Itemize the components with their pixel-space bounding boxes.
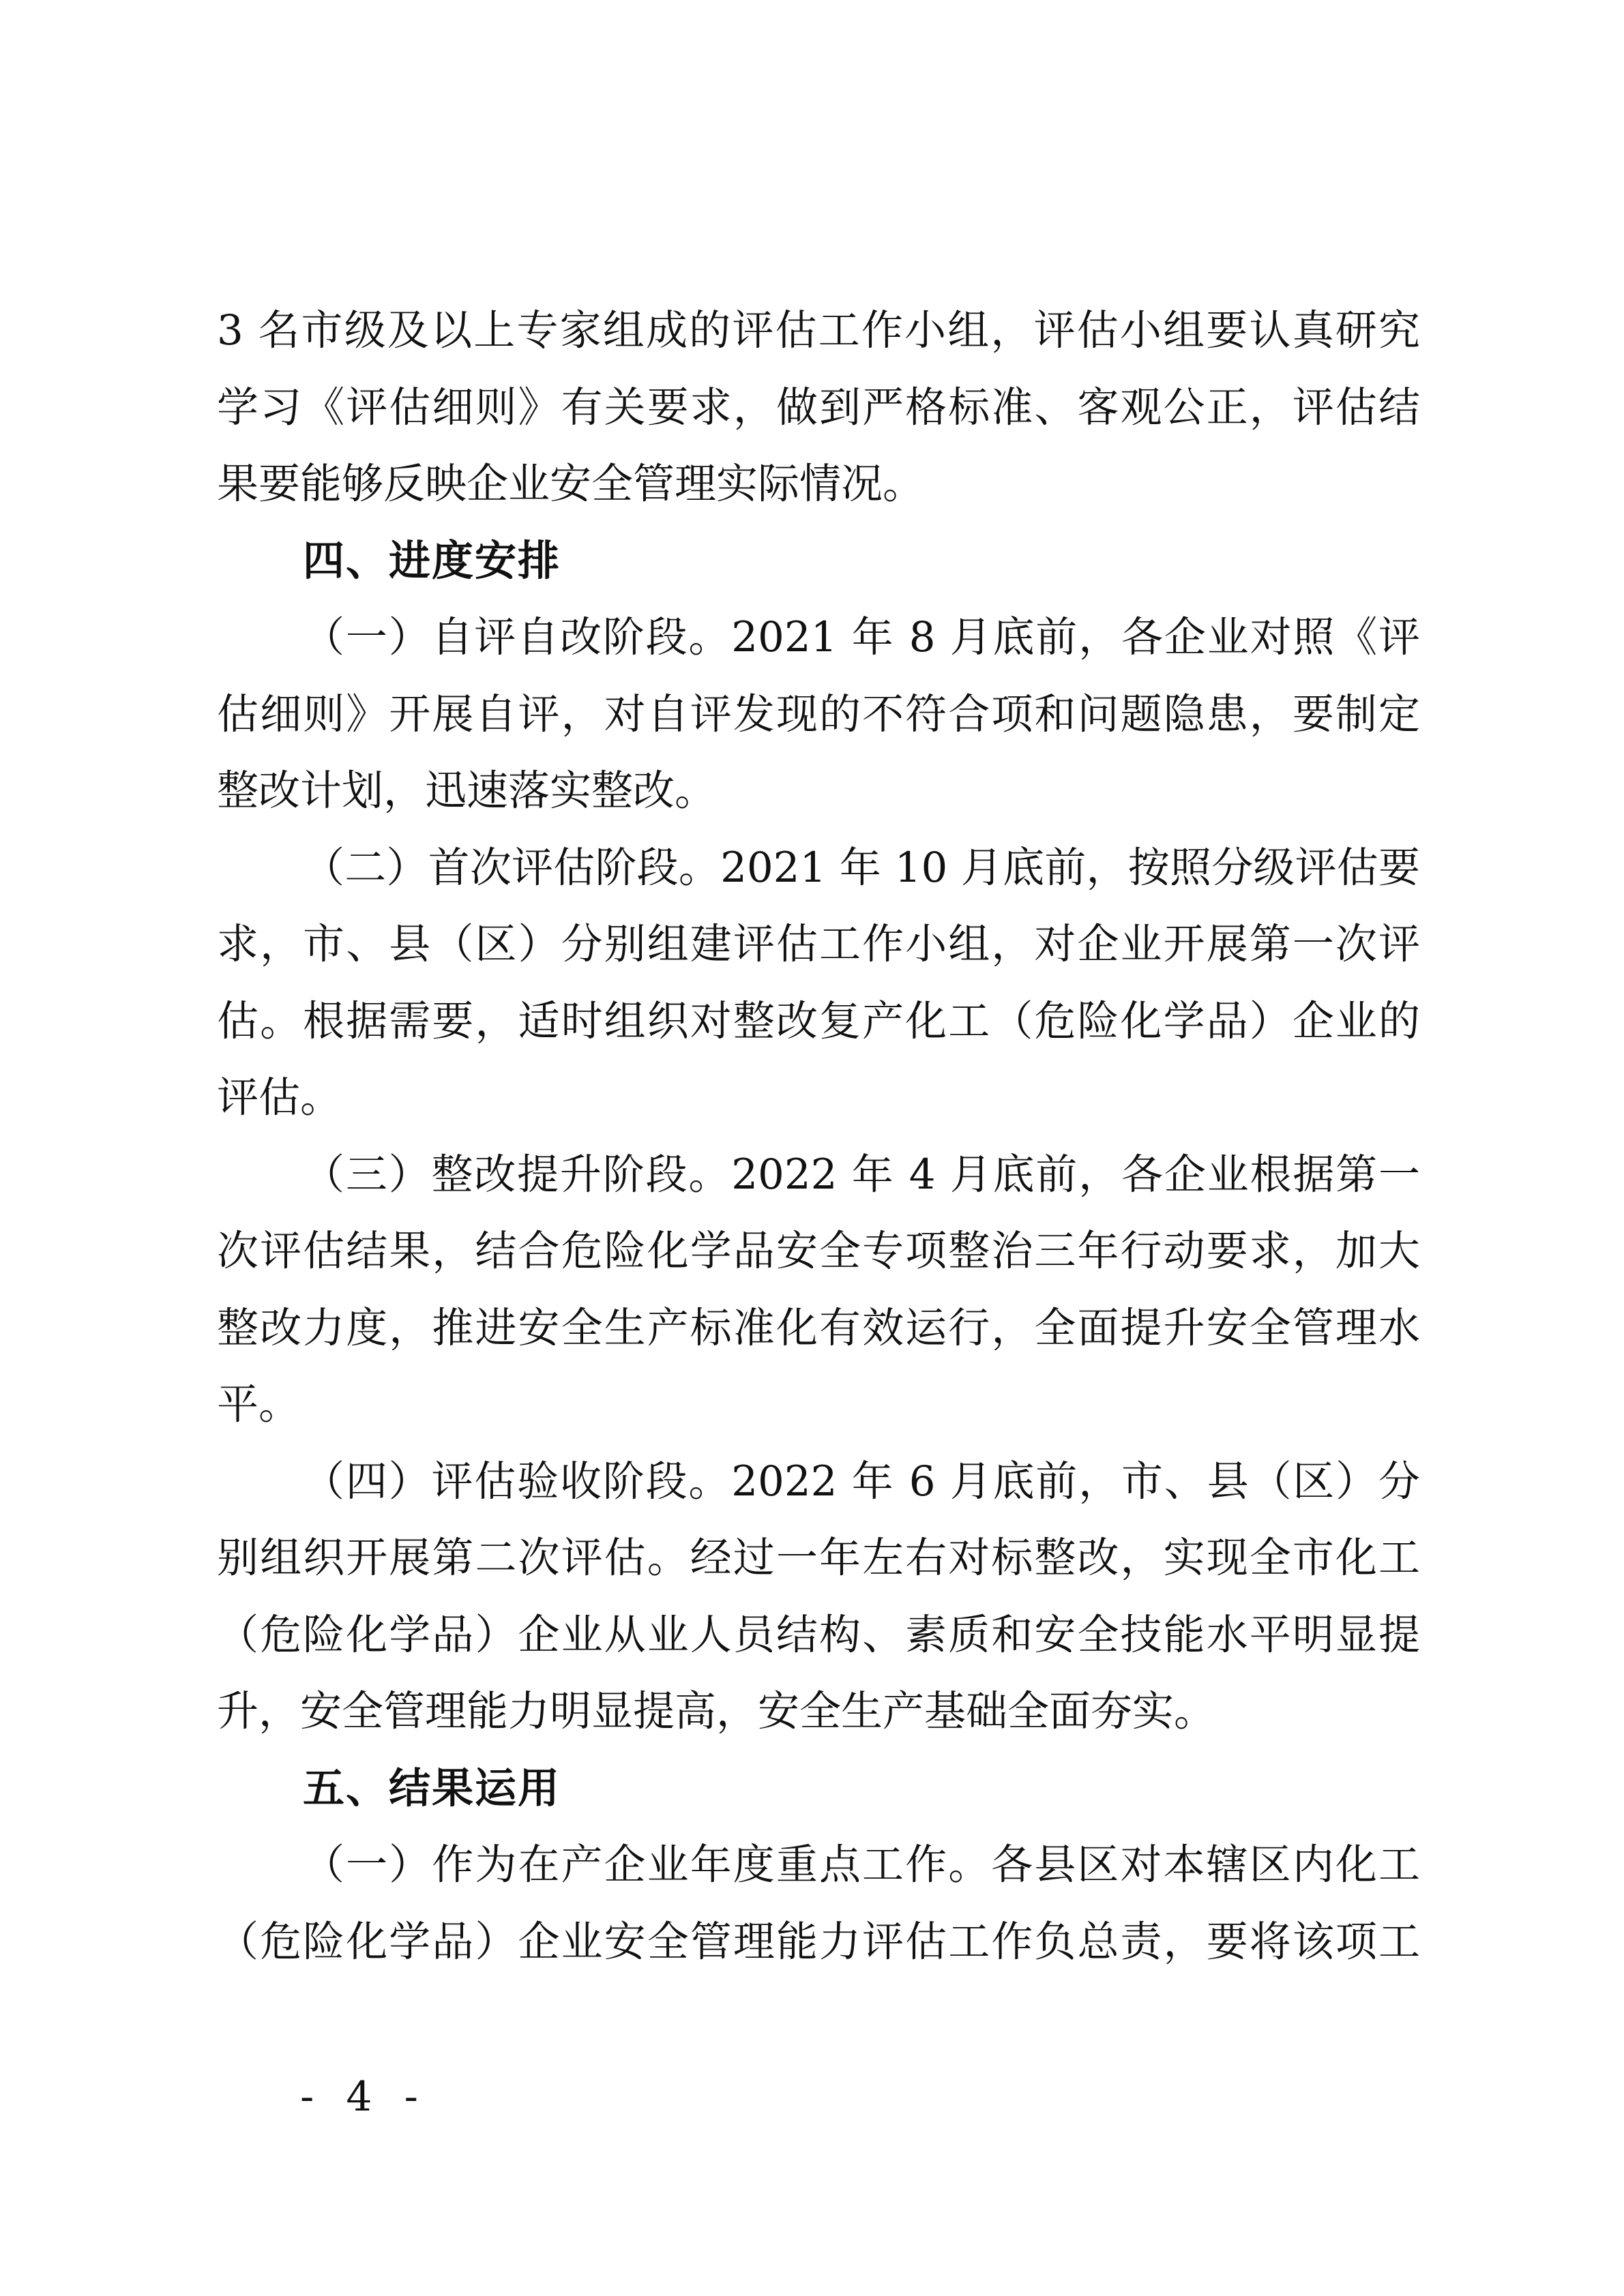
document-body: 3 名市级及以上专家组成的评估工作小组，评估小组要认真研究 学习《评估细则》有关…: [217, 293, 1420, 1980]
body-line: 估。根据需要，适时组织对整改复产化工（危险化学品）企业的: [217, 983, 1420, 1060]
paragraph-first-line: （一）作为在产企业年度重点工作。各县区对本辖区内化工: [217, 1827, 1420, 1904]
paragraph-first-line: （四）评估验收阶段。2022 年 6 月底前，市、县（区）分: [217, 1444, 1420, 1521]
body-line: 整改计划，迅速落实整改。: [217, 753, 1420, 830]
body-line: 3 名市级及以上专家组成的评估工作小组，评估小组要认真研究: [217, 293, 1420, 370]
body-line: 评估。: [217, 1060, 1420, 1137]
section-heading-schedule: 四、进度安排: [217, 523, 1420, 600]
body-line: 升，安全管理能力明显提高，安全生产基础全面夯实。: [217, 1673, 1420, 1750]
body-line: 平。: [217, 1367, 1420, 1444]
body-line: 次评估结果，结合危险化学品安全专项整治三年行动要求，加大: [217, 1213, 1420, 1290]
body-line: 整改力度，推进安全生产标准化有效运行，全面提升安全管理水: [217, 1290, 1420, 1367]
body-line: 果要能够反映企业安全管理实际情况。: [217, 446, 1420, 523]
paragraph-first-line: （三）整改提升阶段。2022 年 4 月底前，各企业根据第一: [217, 1137, 1420, 1214]
body-line: 别组织开展第二次评估。经过一年左右对标整改，实现全市化工: [217, 1520, 1420, 1597]
body-line: 估细则》开展自评，对自评发现的不符合项和问题隐患，要制定: [217, 676, 1420, 754]
body-line: 求，市、县（区）分别组建评估工作小组，对企业开展第一次评: [217, 906, 1420, 983]
body-line: （危险化学品）企业从业人员结构、素质和安全技能水平明显提: [217, 1597, 1420, 1674]
body-line: 学习《评估细则》有关要求，做到严格标准、客观公正，评估结: [217, 370, 1420, 447]
document-page: 3 名市级及以上专家组成的评估工作小组，评估小组要认真研究 学习《评估细则》有关…: [0, 0, 1624, 2296]
paragraph-first-line: （一）自评自改阶段。2021 年 8 月底前，各企业对照《评: [217, 599, 1420, 676]
section-heading-results: 五、结果运用: [217, 1750, 1420, 1828]
paragraph-first-line: （二）首次评估阶段。2021 年 10 月底前，按照分级评估要: [217, 830, 1420, 907]
body-line: （危险化学品）企业安全管理能力评估工作负总责，要将该项工: [217, 1904, 1420, 1981]
page-number: - 4 -: [300, 2073, 428, 2121]
